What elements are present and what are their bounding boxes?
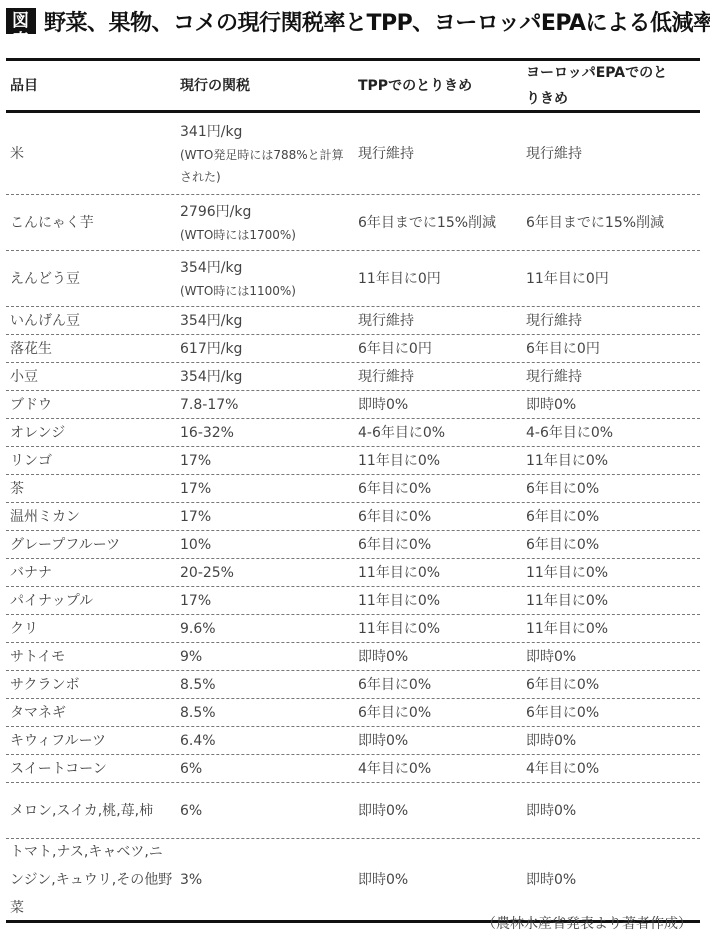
table-row: いんげん豆354円/kg現行維持現行維持 bbox=[6, 307, 700, 335]
cell-tpp: 即時0% bbox=[354, 643, 522, 671]
cell-epa: 6年目に0% bbox=[522, 671, 700, 699]
cell-epa: 6年目に0% bbox=[522, 475, 700, 503]
table-row: リンゴ17%11年目に0%11年目に0% bbox=[6, 447, 700, 475]
cell-current: 17% bbox=[176, 587, 354, 615]
table-row: メロン,スイカ,桃,苺,柿6%即時0%即時0% bbox=[6, 783, 700, 839]
cell-current: 9% bbox=[176, 643, 354, 671]
cell-epa: 11年目に0円 bbox=[522, 265, 700, 293]
column-header-epa: ヨーロッパEPAでのとりきめ bbox=[522, 60, 672, 112]
cell-tpp: 4-6年目に0% bbox=[354, 419, 522, 447]
cell-tpp: 11年目に0% bbox=[354, 559, 522, 587]
cell-item: タマネギ bbox=[6, 699, 176, 727]
table-row: 茶17%6年目に0%6年目に0% bbox=[6, 475, 700, 503]
cell-item: 小豆 bbox=[6, 363, 176, 391]
cell-tpp: 即時0% bbox=[354, 866, 522, 894]
cell-item: クリ bbox=[6, 615, 176, 643]
cell-current: 17% bbox=[176, 447, 354, 475]
cell-item: 茶 bbox=[6, 475, 176, 503]
table-row: パイナップル17%11年目に0%11年目に0% bbox=[6, 587, 700, 615]
figure-title-row: 図表 野菜、果物、コメの現行関税率とTPP、ヨーロッパEPAによる低減率 bbox=[6, 6, 710, 36]
table-row: えんどう豆354円/kg(WTO時には1100%)11年目に0円11年目に0円 bbox=[6, 251, 700, 307]
cell-item: パイナップル bbox=[6, 587, 176, 615]
cell-item: メロン,スイカ,桃,苺,柿 bbox=[6, 797, 176, 825]
cell-current: 354円/kg(WTO時には1100%) bbox=[176, 256, 354, 302]
table-row: タマネギ8.5%6年目に0%6年目に0% bbox=[6, 699, 700, 727]
figure-badge: 図表 bbox=[6, 8, 36, 34]
table-row: グレープフルーツ10%6年目に0%6年目に0% bbox=[6, 531, 700, 559]
cell-epa: 即時0% bbox=[522, 866, 700, 894]
table-row: キウィフルーツ6.4%即時0%即時0% bbox=[6, 727, 700, 755]
cell-epa: 11年目に0% bbox=[522, 615, 700, 643]
table-row: サトイモ9%即時0%即時0% bbox=[6, 643, 700, 671]
cell-epa: 4-6年目に0% bbox=[522, 419, 700, 447]
cell-epa: 4年目に0% bbox=[522, 755, 700, 783]
cell-item: リンゴ bbox=[6, 447, 176, 475]
cell-epa: 現行維持 bbox=[522, 307, 700, 335]
table-row: 落花生617円/kg6年目に0円6年目に0円 bbox=[6, 335, 700, 363]
cell-item: サクランボ bbox=[6, 671, 176, 699]
cell-tpp: 現行維持 bbox=[354, 140, 522, 168]
table-row: こんにゃく芋2796円/kg(WTO時には1700%)6年目までに15%削減6年… bbox=[6, 195, 700, 251]
cell-current: 341円/kg(WTO発足時には788%と計算された) bbox=[176, 120, 354, 188]
table-row: オレンジ16-32%4-6年目に0%4-6年目に0% bbox=[6, 419, 700, 447]
cell-tpp: 即時0% bbox=[354, 391, 522, 419]
cell-tpp: 6年目に0% bbox=[354, 475, 522, 503]
cell-item: オレンジ bbox=[6, 419, 176, 447]
table-header: 品目 現行の関税 TPPでのとりきめ ヨーロッパEPAでのとりきめ bbox=[6, 58, 700, 113]
cell-item: えんどう豆 bbox=[6, 265, 176, 293]
table-body: 米341円/kg(WTO発足時には788%と計算された)現行維持現行維持こんにゃ… bbox=[6, 113, 700, 923]
cell-epa: 6年目に0% bbox=[522, 699, 700, 727]
cell-epa: 6年目に0% bbox=[522, 531, 700, 559]
current-rate: 354円/kg bbox=[180, 256, 354, 280]
cell-tpp: 6年目までに15%削減 bbox=[354, 209, 522, 237]
table-row: バナナ20-25%11年目に0%11年目に0% bbox=[6, 559, 700, 587]
cell-current: 354円/kg bbox=[176, 363, 354, 391]
cell-item: スイートコーン bbox=[6, 755, 176, 783]
cell-current: 6.4% bbox=[176, 727, 354, 755]
cell-current: 8.5% bbox=[176, 699, 354, 727]
current-rate: 2796円/kg bbox=[180, 200, 354, 224]
cell-current: 7.8-17% bbox=[176, 391, 354, 419]
cell-tpp: 6年目に0% bbox=[354, 531, 522, 559]
table-row: ブドウ7.8-17%即時0%即時0% bbox=[6, 391, 700, 419]
cell-item: こんにゃく芋 bbox=[6, 209, 176, 237]
current-rate: 341円/kg bbox=[180, 120, 354, 144]
cell-tpp: 4年目に0% bbox=[354, 755, 522, 783]
cell-tpp: 即時0% bbox=[354, 797, 522, 825]
cell-tpp: 即時0% bbox=[354, 727, 522, 755]
cell-epa: 即時0% bbox=[522, 391, 700, 419]
cell-epa: 11年目に0% bbox=[522, 559, 700, 587]
cell-epa: 11年目に0% bbox=[522, 447, 700, 475]
cell-tpp: 現行維持 bbox=[354, 363, 522, 391]
cell-current: 354円/kg bbox=[176, 307, 354, 335]
cell-item: サトイモ bbox=[6, 643, 176, 671]
table-row: クリ9.6%11年目に0%11年目に0% bbox=[6, 615, 700, 643]
column-header-current: 現行の関税 bbox=[176, 73, 354, 99]
cell-epa: 6年目までに15%削減 bbox=[522, 209, 700, 237]
current-rate-note: (WTO時には1100%) bbox=[180, 280, 354, 302]
cell-epa: 6年目に0% bbox=[522, 503, 700, 531]
cell-current: 16-32% bbox=[176, 419, 354, 447]
cell-tpp: 11年目に0% bbox=[354, 615, 522, 643]
figure-title: 野菜、果物、コメの現行関税率とTPP、ヨーロッパEPAによる低減率 bbox=[44, 6, 710, 37]
cell-epa: 現行維持 bbox=[522, 140, 700, 168]
cell-item: トマト,ナス,キャベツ,ニンジン,キュウリ,その他野菜 bbox=[6, 838, 176, 922]
cell-item: 米 bbox=[6, 140, 176, 168]
cell-epa: 6年目に0円 bbox=[522, 335, 700, 363]
cell-tpp: 11年目に0% bbox=[354, 587, 522, 615]
cell-current: 8.5% bbox=[176, 671, 354, 699]
cell-epa: 11年目に0% bbox=[522, 587, 700, 615]
cell-epa: 現行維持 bbox=[522, 363, 700, 391]
cell-tpp: 6年目に0円 bbox=[354, 335, 522, 363]
current-rate-note: (WTO時には1700%) bbox=[180, 224, 354, 246]
table-row: スイートコーン6%4年目に0%4年目に0% bbox=[6, 755, 700, 783]
cell-item: グレープフルーツ bbox=[6, 531, 176, 559]
table-row: 温州ミカン17%6年目に0%6年目に0% bbox=[6, 503, 700, 531]
cell-item: 落花生 bbox=[6, 335, 176, 363]
cell-item: 温州ミカン bbox=[6, 503, 176, 531]
cell-current: 2796円/kg(WTO時には1700%) bbox=[176, 200, 354, 246]
table-row: サクランボ8.5%6年目に0%6年目に0% bbox=[6, 671, 700, 699]
column-header-tpp: TPPでのとりきめ bbox=[354, 73, 522, 99]
cell-epa: 即時0% bbox=[522, 797, 700, 825]
tariff-table: 品目 現行の関税 TPPでのとりきめ ヨーロッパEPAでのとりきめ 米341円/… bbox=[6, 58, 700, 923]
cell-epa: 即時0% bbox=[522, 727, 700, 755]
cell-current: 6% bbox=[176, 797, 354, 825]
cell-epa: 即時0% bbox=[522, 643, 700, 671]
cell-tpp: 6年目に0% bbox=[354, 503, 522, 531]
cell-tpp: 6年目に0% bbox=[354, 699, 522, 727]
cell-item: キウィフルーツ bbox=[6, 727, 176, 755]
column-header-item: 品目 bbox=[6, 73, 176, 99]
table-row: 小豆354円/kg現行維持現行維持 bbox=[6, 363, 700, 391]
source-note: （農林水産省発表より著者作成） bbox=[482, 913, 692, 933]
current-rate-note: (WTO発足時には788%と計算された) bbox=[180, 144, 354, 188]
cell-tpp: 現行維持 bbox=[354, 307, 522, 335]
cell-item: バナナ bbox=[6, 559, 176, 587]
cell-current: 20-25% bbox=[176, 559, 354, 587]
cell-current: 10% bbox=[176, 531, 354, 559]
cell-tpp: 6年目に0% bbox=[354, 671, 522, 699]
table-row: 米341円/kg(WTO発足時には788%と計算された)現行維持現行維持 bbox=[6, 113, 700, 195]
cell-item: いんげん豆 bbox=[6, 307, 176, 335]
cell-current: 6% bbox=[176, 755, 354, 783]
cell-current: 17% bbox=[176, 503, 354, 531]
cell-current: 3% bbox=[176, 866, 354, 894]
cell-current: 17% bbox=[176, 475, 354, 503]
cell-tpp: 11年目に0% bbox=[354, 447, 522, 475]
cell-current: 617円/kg bbox=[176, 335, 354, 363]
table-row: トマト,ナス,キャベツ,ニンジン,キュウリ,その他野菜3%即時0%即時0% bbox=[6, 839, 700, 923]
cell-item: ブドウ bbox=[6, 391, 176, 419]
cell-current: 9.6% bbox=[176, 615, 354, 643]
cell-tpp: 11年目に0円 bbox=[354, 265, 522, 293]
